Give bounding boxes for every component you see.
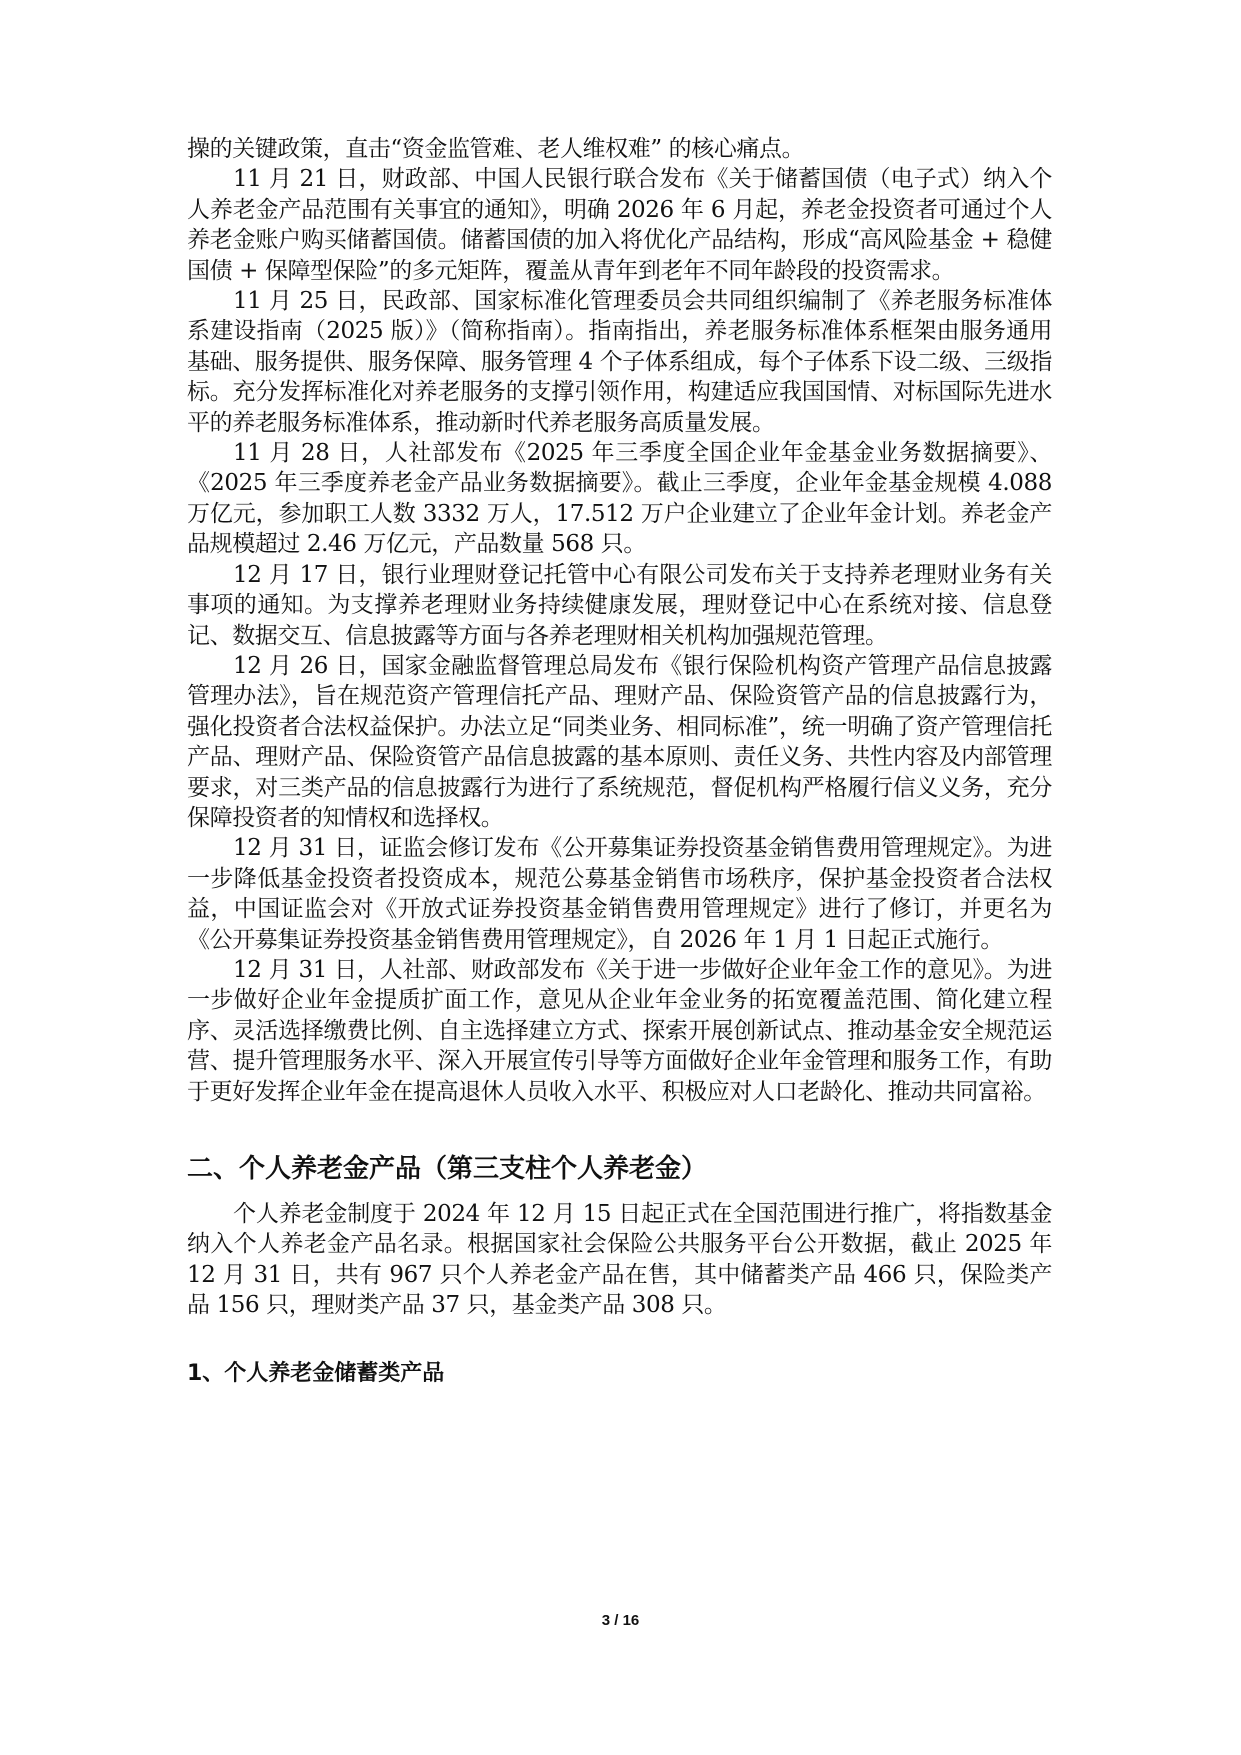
subsection-heading: 1、个人养老金储蓄类产品 (187, 1359, 1052, 1389)
paragraph-dec26: 12 月 26 日，国家金融监督管理总局发布《银行保险机构资产管理产品信息披露管… (187, 651, 1052, 833)
paragraph-nov25: 11 月 25 日，民政部、国家标准化管理委员会共同组织编制了《养老服务标准体系… (187, 286, 1052, 438)
section-paragraph: 个人养老金制度于 2024 年 12 月 15 日起正式在全国范围进行推广，将指… (187, 1199, 1052, 1321)
page-indicator: 3 / 16 (0, 1612, 1241, 1629)
document-page: 操的关键政策，直击“资金监管难、老人维权难” 的核心痛点。 11 月 21 日，… (187, 134, 1052, 1389)
paragraph-dec31-csrc: 12 月 31 日，证监会修订发布《公开募集证券投资基金销售费用管理规定》。为进… (187, 833, 1052, 955)
section-heading: 二、个人养老金产品（第三支柱个人养老金） (187, 1151, 1052, 1187)
paragraph-dec31-mohrss: 12 月 31 日，人社部、财政部发布《关于进一步做好企业年金工作的意见》。为进… (187, 955, 1052, 1107)
paragraph-continuation: 操的关键政策，直击“资金监管难、老人维权难” 的核心痛点。 (187, 134, 1052, 164)
paragraph-dec17: 12 月 17 日，银行业理财登记托管中心有限公司发布关于支持养老理财业务有关事… (187, 560, 1052, 651)
paragraph-nov21: 11 月 21 日，财政部、中国人民银行联合发布《关于储蓄国债（电子式）纳入个人… (187, 164, 1052, 286)
paragraph-nov28: 11 月 28 日，人社部发布《2025 年三季度全国企业年金基金业务数据摘要》… (187, 438, 1052, 560)
